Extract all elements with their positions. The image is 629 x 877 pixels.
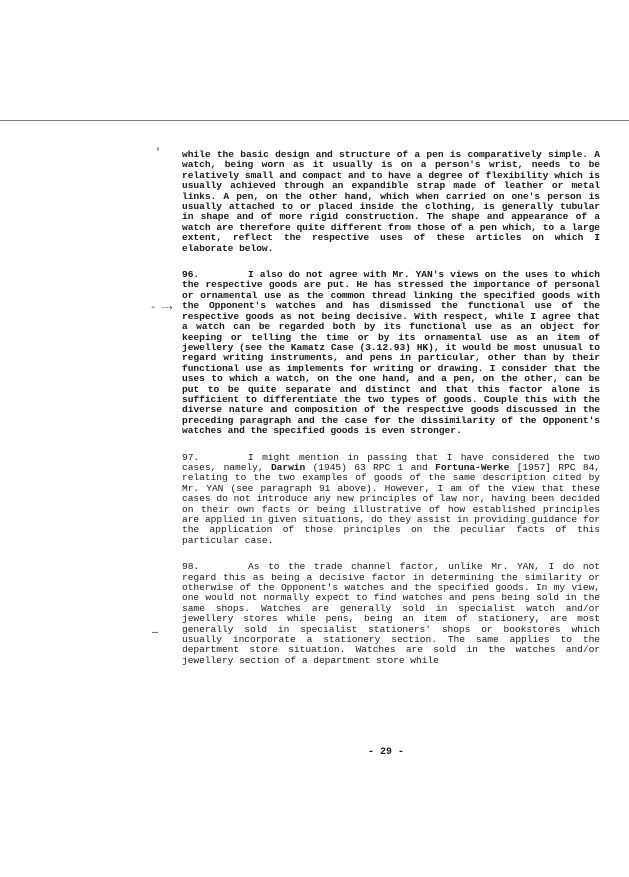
continuation-paragraph: while the basic design and structure of … — [182, 150, 600, 254]
case-name: Kamatz Case — [291, 342, 354, 353]
scan-mark: ' — [155, 148, 161, 159]
paragraph-text: As to the trade channel factor, unlike M… — [182, 561, 600, 666]
paragraph-97: 97.I might mention in passing that I hav… — [182, 453, 600, 547]
margin-arrow-mark: ‐ ⤏ — [150, 302, 172, 314]
paragraph-text: [1957] RPC 84, relating to the two examp… — [182, 462, 600, 546]
paragraph-96: 96.I also do not agree with Mr. YAN's vi… — [182, 270, 600, 437]
margin-dash-mark: — — [152, 628, 158, 639]
scan-top-rule — [0, 120, 629, 121]
paragraph-text: I also do not agree with Mr. YAN's views… — [182, 269, 600, 353]
case-name: Darwin — [271, 462, 305, 473]
case-name: Fortuna-Werke — [435, 462, 509, 473]
paragraph-text: (1945) 63 RPC 1 and — [305, 462, 435, 473]
paragraph-98: 98.As to the trade channel factor, unlik… — [182, 562, 600, 666]
paragraph-text: (3.12.93) HK), it would be most unusual … — [182, 342, 600, 436]
document-page: while the basic design and structure of … — [182, 150, 600, 682]
page-number: - 29 - — [368, 747, 404, 758]
